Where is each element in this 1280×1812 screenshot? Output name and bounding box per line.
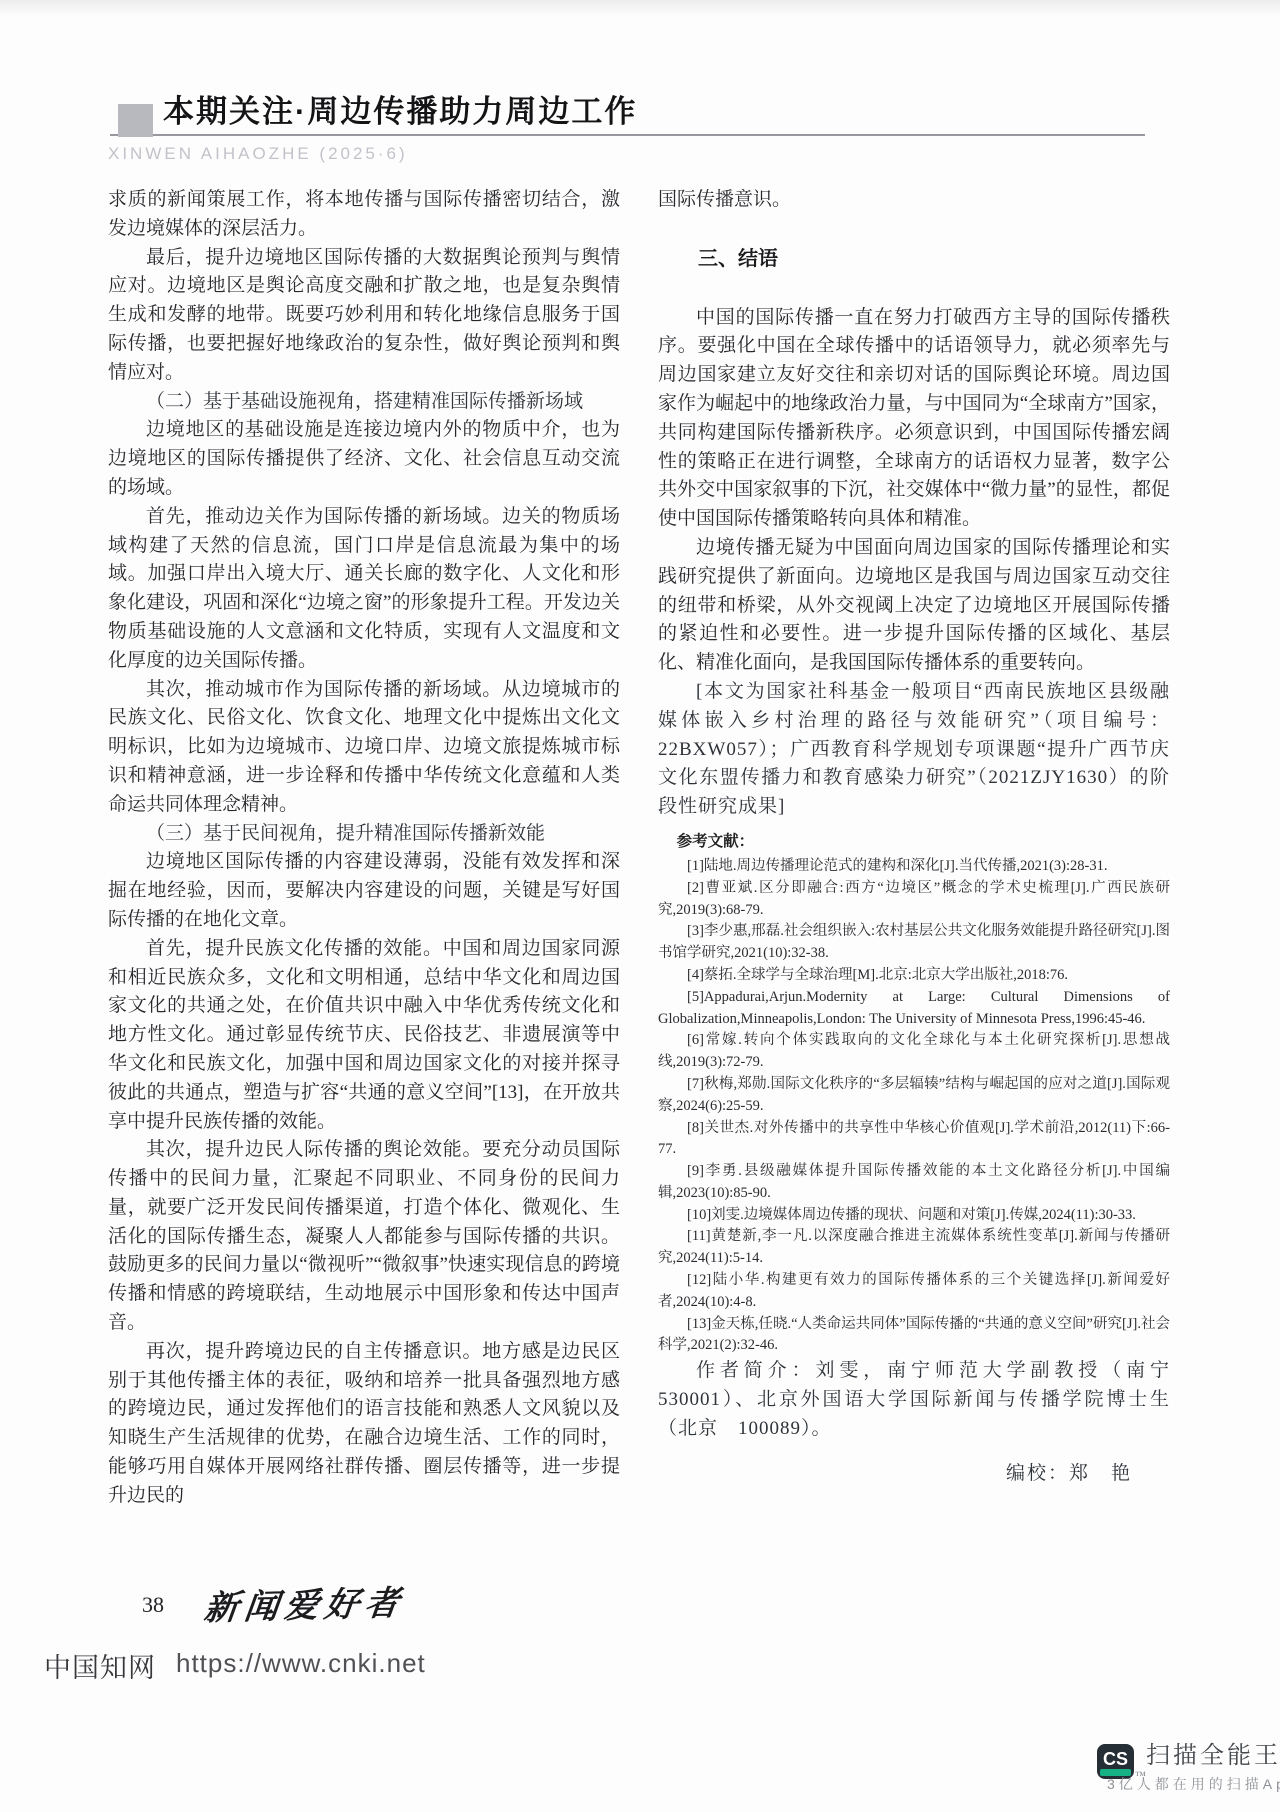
- scanned-journal-page: 本期关注·周边传播助力周边工作 XINWEN AIHAOZHE (2025·6)…: [0, 0, 1280, 1812]
- reference-item: [6]常嫁.转向个体实践取向的文化全球化与本土化研究探析[J].思想战线,201…: [658, 1030, 1170, 1074]
- reference-item: [10]刘雯.边境媒体周边传播的现状、问题和对策[J].传媒,2024(11):…: [658, 1205, 1170, 1227]
- reference-item: [3]李少惠,邢磊.社会组织嵌入:农村基层公共文化服务效能提升路径研究[J].图…: [658, 921, 1170, 965]
- reference-item: [7]秋梅,郑勋.国际文化秩序的“多层辐辏”结构与崛起国的应对之道[J].国际观…: [658, 1074, 1170, 1118]
- camscanner-icon-green-bar: [1100, 1769, 1131, 1776]
- camscanner-tagline: 3亿人都在用的扫描App: [1107, 1774, 1280, 1794]
- reference-item: [4]蔡拓.全球学与全球治理[M].北京:北京大学出版社,2018:76.: [658, 965, 1170, 987]
- body-paragraph: 首先，提升民族文化传播的效能。中国和周边国家同源和相近民族众多，文化和文明相通，…: [108, 935, 620, 1137]
- reference-item: [2]曹亚斌.区分即融合:西方“边境区”概念的学术史梳理[J].广西民族研究,2…: [658, 878, 1170, 922]
- funding-note: [本文为国家社科基金一般项目“西南民族地区县级融媒体嵌入乡村治理的路径与效能研究…: [658, 678, 1170, 822]
- right-text-column: 国际传播意识。三、结语中国的国际传播一直在努力打破西方主导的国际传播秩序。要强化…: [658, 186, 1170, 1488]
- camscanner-app-icon: CS: [1097, 1744, 1134, 1779]
- cnki-label: 中国知网: [44, 1646, 156, 1685]
- body-paragraph: 其次，推动城市作为国际传播的新场域。从边境城市的民族文化、民俗文化、饮食文化、地…: [108, 676, 620, 820]
- author-note: 作者简介：刘雯，南宁师范大学副教授（南宁530001）、北京外国语大学国际新闻与…: [658, 1357, 1170, 1443]
- cnki-url: https://www.cnki.net: [176, 1648, 426, 1679]
- subsection-heading: （二）基于基础设施视角，搭建精准国际传播新场域: [108, 388, 620, 417]
- body-paragraph: 边境地区国际传播的内容建设薄弱，没能有效发挥和深掘在地经验，因而，要解决内容建设…: [108, 848, 620, 934]
- body-paragraph: 边境地区的基础设施是连接边境内外的物质中介，也为边境地区的国际传播提供了经济、文…: [108, 416, 620, 502]
- reference-item: [1]陆地.周边传播理论范式的建构和深化[J].当代传播,2021(3):28-…: [658, 856, 1170, 878]
- column-section-title: 本期关注·周边传播助力周边工作: [163, 86, 637, 131]
- references-heading: 参考文献：: [658, 830, 1170, 854]
- reference-item: [12]陆小华.构建更有效力的国际传播体系的三个关键选择[J].新闻爱好者,20…: [658, 1270, 1170, 1314]
- section-marker-square: [118, 104, 153, 137]
- body-paragraph: 最后，提升边境地区国际传播的大数据舆论预判与舆情应对。边境地区是舆论高度交融和扩…: [108, 244, 620, 388]
- body-paragraph: 求质的新闻策展工作，将本地传播与国际传播密切结合，激发边境媒体的深层活力。: [108, 186, 620, 244]
- reference-item: [9]李勇.县级融媒体提升国际传播效能的本土文化路径分析[J].中国编辑,202…: [658, 1161, 1170, 1205]
- editor-line: 编校：郑 艳: [658, 1460, 1170, 1489]
- header-divider-line: [110, 134, 1145, 136]
- body-paragraph: 再次，提升跨境边民的自主传播意识。地方感是边民区别于其他传播主体的表征，吸纳和培…: [108, 1338, 620, 1511]
- body-paragraph: 国际传播意识。: [658, 186, 1170, 215]
- left-text-column: 求质的新闻策展工作，将本地传播与国际传播密切结合，激发边境媒体的深层活力。最后，…: [108, 186, 620, 1511]
- reference-item: [13]金天栋,任晓.“人类命运共同体”国际传播的“共通的意义空间”研究[J].…: [658, 1314, 1170, 1358]
- reference-item: [11]黄楚新,李一凡.以深度融合推进主流媒体系统性变革[J].新闻与传播研究,…: [658, 1226, 1170, 1270]
- camscanner-icon-letters: CS: [1103, 1749, 1128, 1770]
- subsection-heading: （三）基于民间视角，提升精准国际传播新效能: [108, 820, 620, 849]
- body-paragraph: 边境传播无疑为中国面向周边国家的国际传播理论和实践研究提供了新面向。边境地区是我…: [658, 534, 1170, 678]
- body-paragraph: 中国的国际传播一直在努力打破西方主导的国际传播秩序。要强化中国在全球传播中的话语…: [658, 304, 1170, 534]
- reference-item: [8]关世杰.对外传播中的共享性中华核心价值观[J].学术前沿,2012(11)…: [658, 1118, 1170, 1162]
- section-heading: 三、结语: [658, 245, 1170, 274]
- body-paragraph: 其次，提升边民人际传播的舆论效能。要充分动员国际传播中的民间力量，汇聚起不同职业…: [108, 1136, 620, 1338]
- journal-issue-label: XINWEN AIHAOZHE (2025·6): [108, 144, 408, 164]
- body-paragraph: 首先，推动边关作为国际传播的新场域。边关的物质场域构建了天然的信息流，国门口岸是…: [108, 503, 620, 676]
- reference-item: [5]Appadurai,Arjun.Modernity at Large: C…: [658, 987, 1170, 1031]
- journal-calligraphy-logo: 新闻爱好者: [202, 1575, 408, 1629]
- page-number: 38: [142, 1592, 164, 1618]
